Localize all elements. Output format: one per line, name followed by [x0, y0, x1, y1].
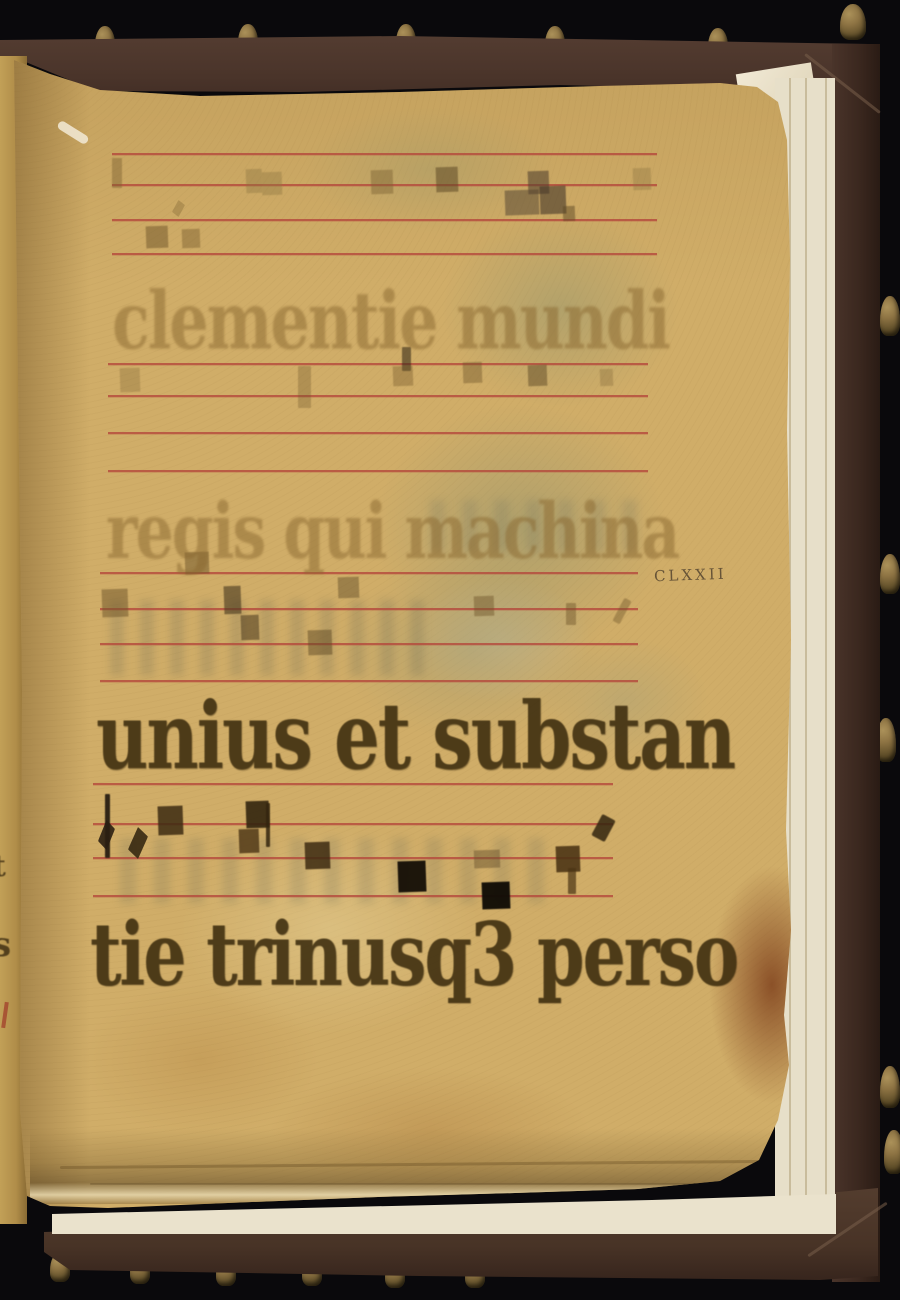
neume-stroke	[266, 803, 270, 847]
manuscript-photo: ts clementie mundiregis qui machinaunius…	[0, 0, 900, 1300]
neume-square	[600, 369, 614, 386]
neume-square	[633, 168, 652, 191]
neume-square	[308, 630, 333, 656]
neume-square	[241, 615, 260, 641]
neume-square	[338, 577, 360, 599]
staff-line	[100, 608, 638, 610]
neume-slash	[591, 814, 616, 842]
staff-line	[108, 432, 648, 434]
neume-square	[224, 586, 242, 615]
neume-square	[246, 169, 263, 194]
neume-square	[146, 226, 169, 249]
neume-stroke	[566, 603, 576, 625]
staff-line	[100, 643, 638, 645]
neume-square	[563, 206, 576, 221]
neume-slash	[612, 598, 631, 625]
staff-line	[108, 395, 648, 397]
neume-square	[239, 829, 260, 854]
neume-square	[102, 589, 129, 618]
neume-square	[393, 366, 414, 387]
neume-square	[436, 167, 459, 193]
neume-stroke	[568, 868, 576, 894]
neume-square	[474, 850, 501, 869]
neume-square	[305, 842, 331, 870]
neume-stroke	[112, 158, 122, 188]
staff-line	[93, 895, 613, 897]
staff-line	[108, 470, 648, 472]
neume-square	[182, 229, 201, 249]
neume-stroke	[298, 366, 311, 408]
neume-square	[397, 861, 426, 893]
neume-diamond	[128, 827, 148, 859]
manuscript-content: clementie mundiregis qui machinaunius et…	[0, 0, 900, 1300]
chant-text-line: tie trinusq3 perso	[90, 912, 737, 999]
neume-square	[158, 806, 184, 836]
staff-line	[112, 153, 657, 155]
chant-text-line: regis qui machina	[106, 494, 678, 571]
staff-line	[112, 253, 657, 255]
neume-square	[371, 170, 394, 195]
neume-square	[262, 172, 283, 196]
chant-text-line: unius et substan	[96, 690, 734, 782]
staff-line	[93, 857, 613, 859]
neume-square	[120, 368, 141, 393]
folio-number: CLXXII	[654, 565, 727, 586]
neume-square	[474, 596, 495, 617]
neume-diamond	[172, 200, 185, 217]
chant-text-line: clementie mundi	[112, 282, 669, 361]
neume-square	[528, 365, 548, 387]
